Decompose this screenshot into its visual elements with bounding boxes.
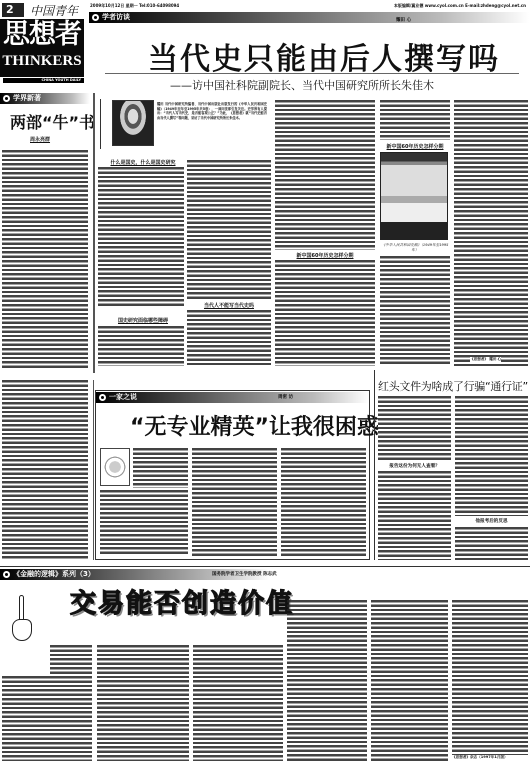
top-article-body-col2	[187, 160, 271, 300]
column-divider	[93, 380, 94, 560]
middle-article-body-col3	[281, 448, 366, 556]
hand-illustration	[10, 595, 36, 645]
top-article-byline: 耀田 心	[396, 17, 411, 23]
section-title-en: THINKERS	[0, 51, 84, 71]
section-bar-scholar-interview: 学者访谈	[89, 12, 529, 23]
bottom-article-body-col4	[287, 600, 367, 761]
bottom-article-body-col5	[371, 600, 448, 761]
left-column-body-text	[2, 150, 88, 370]
date-line: 2009年10月12日 星期一 Tel:010-64098094	[90, 3, 179, 9]
page-number-box: 2	[2, 3, 24, 17]
top-article-body-col5	[454, 100, 528, 366]
section-marker-icon	[92, 14, 99, 21]
middle-article-illustration	[100, 448, 130, 486]
section-marker-icon	[3, 571, 10, 578]
top-article-body-col2b	[187, 310, 271, 366]
left-column-author: 周永亮群	[30, 136, 50, 143]
middle-article-byline: 周密 访	[278, 394, 293, 400]
photo-caption: 《中华人民共和国史稿》（1949年至1995年）	[380, 243, 450, 253]
bottom-article-body-col2	[97, 645, 189, 761]
photo-section-heading: 新中国60年历史怎样分期	[380, 143, 450, 150]
bottom-article-body-col3	[193, 645, 283, 761]
column-divider	[93, 93, 95, 373]
section-marker-icon	[3, 95, 10, 102]
top-article-subhead-4: 新中国60年历史怎样分期	[275, 252, 375, 259]
right-article-body-col1b	[378, 471, 451, 560]
masthead: 2 中国青年报 思想者 THINKERS CHINA YOUTH DAILY	[0, 0, 88, 84]
right-article-end-mark: 《思想者》杂志（1997年1月版）	[452, 755, 508, 760]
book-set-photo	[380, 152, 448, 240]
section-label: 学者访谈	[102, 12, 130, 23]
top-article-body-col4	[380, 100, 450, 140]
bottom-article-headline: 交易能否创造价值	[70, 583, 294, 620]
right-article-body-col2b	[455, 527, 528, 560]
section-bar-new-books: 学界新著	[0, 93, 90, 104]
right-article-headline: 红头文件为啥成了行骗“通行证”	[378, 378, 528, 394]
top-article-subhead-3: 当代人不能写当代史吗	[187, 302, 271, 309]
section-marker-icon	[99, 394, 106, 401]
section-sub-strip: CHINA YOUTH DAILY	[0, 78, 84, 83]
top-article-end-mark: 《思想者》 耀田 心	[470, 357, 501, 362]
top-article-body-col1	[98, 167, 184, 307]
section-label: 《金融的逻辑》系列（3）	[13, 569, 95, 580]
top-article-subhead-2: 国史研究面临哪些障碍	[98, 317, 188, 324]
right-article-subhead-2: 他报考后的反思	[455, 518, 528, 524]
top-article-body-col1b	[98, 326, 184, 366]
bottom-article-body-col6	[452, 600, 528, 755]
top-article-body-col3	[275, 100, 375, 250]
section-title-cn: 思想者	[0, 19, 84, 51]
page-number: 2	[6, 3, 14, 16]
top-article-headline: 当代史只能由后人撰写吗	[148, 34, 500, 78]
intro-text: 耀田 当代中国研究所编著、当代中国出版社出版发行的《中华人民共和国史稿》（194…	[157, 102, 267, 148]
middle-article-body-col1a	[133, 448, 188, 488]
right-article-body-col1a	[378, 396, 451, 462]
bottom-article-byline: 国务院学者卫生学院教授 陈志武	[212, 571, 277, 577]
column-divider	[374, 370, 375, 560]
bottom-article-body-col1a	[50, 645, 92, 675]
middle-article-body-col1b	[100, 490, 188, 556]
middle-article-headline: “无专业精英”让我很困惑	[130, 410, 379, 441]
section-sub-en: CHINA YOUTH DAILY	[41, 78, 81, 83]
top-article-subheadline: ——访中国社科院副院长、当代中国研究所所长朱佳木	[170, 77, 434, 93]
section-title-block: 思想者 THINKERS	[0, 19, 84, 77]
top-article-body-col4b	[380, 256, 450, 366]
section-label: 一家之说	[109, 392, 137, 403]
left-column-headline: 两部“牛”书	[10, 110, 95, 133]
right-article-body-col2a	[455, 396, 528, 516]
headline-rule	[105, 73, 519, 74]
editor-line: 本版编辑/冀业德 www.cyol.com.cn E-mail:zhdeng@c…	[394, 3, 526, 9]
bottom-section-rule	[0, 566, 530, 567]
top-article-body-col3b	[275, 260, 375, 366]
section-label: 学界新著	[13, 93, 41, 104]
left-column-body-text-cont	[2, 380, 88, 560]
right-article-subhead-1: 报告这份为何无人查看？	[378, 463, 451, 469]
section-bar-opinion: 一家之说	[96, 392, 369, 403]
top-article-subhead-1: 什么是国史，什么是国史研究	[98, 159, 188, 166]
bottom-article-body-col1b	[2, 676, 92, 761]
middle-article-body-col2	[192, 448, 277, 556]
